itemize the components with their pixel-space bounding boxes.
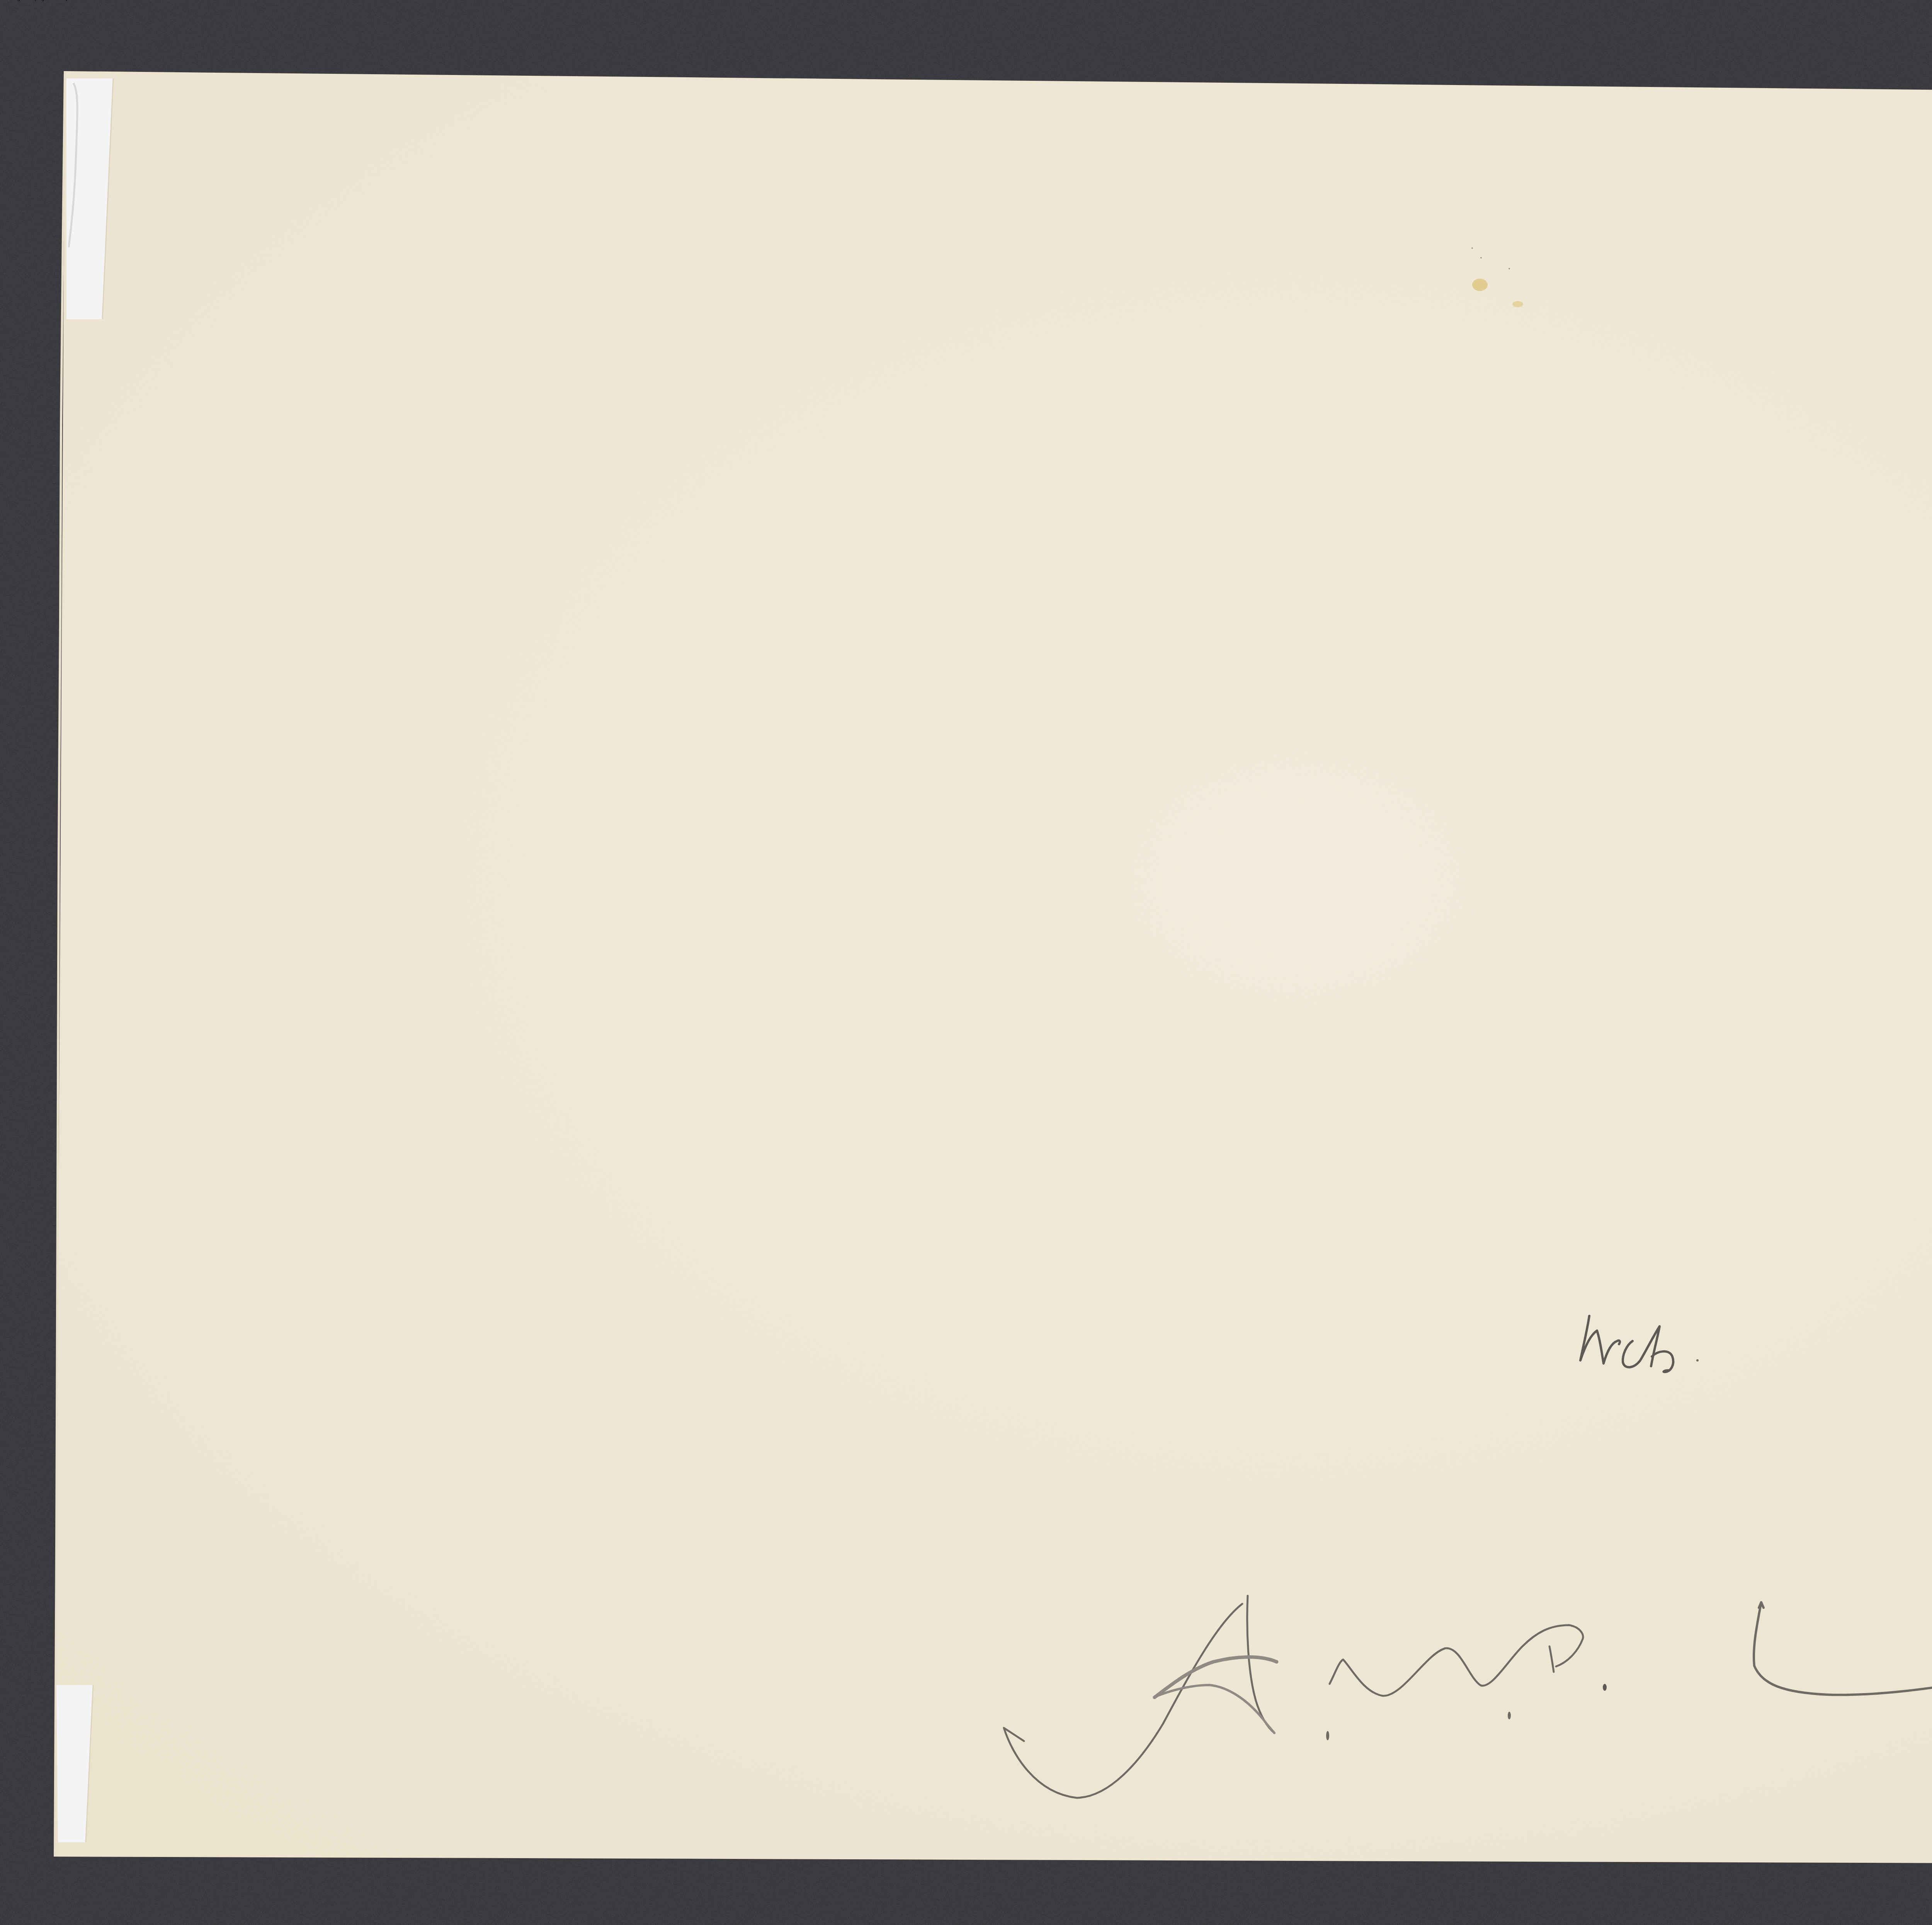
scan-canvas: 6. web. A.N.P. signature (illegible scra… bbox=[0, 0, 1932, 1925]
signature-text: A.N.P. signature (illegible scrawl) bbox=[0, 0, 68, 1]
paper-sheet bbox=[55, 71, 1932, 1865]
date-text: '96 bbox=[0, 0, 6, 1]
